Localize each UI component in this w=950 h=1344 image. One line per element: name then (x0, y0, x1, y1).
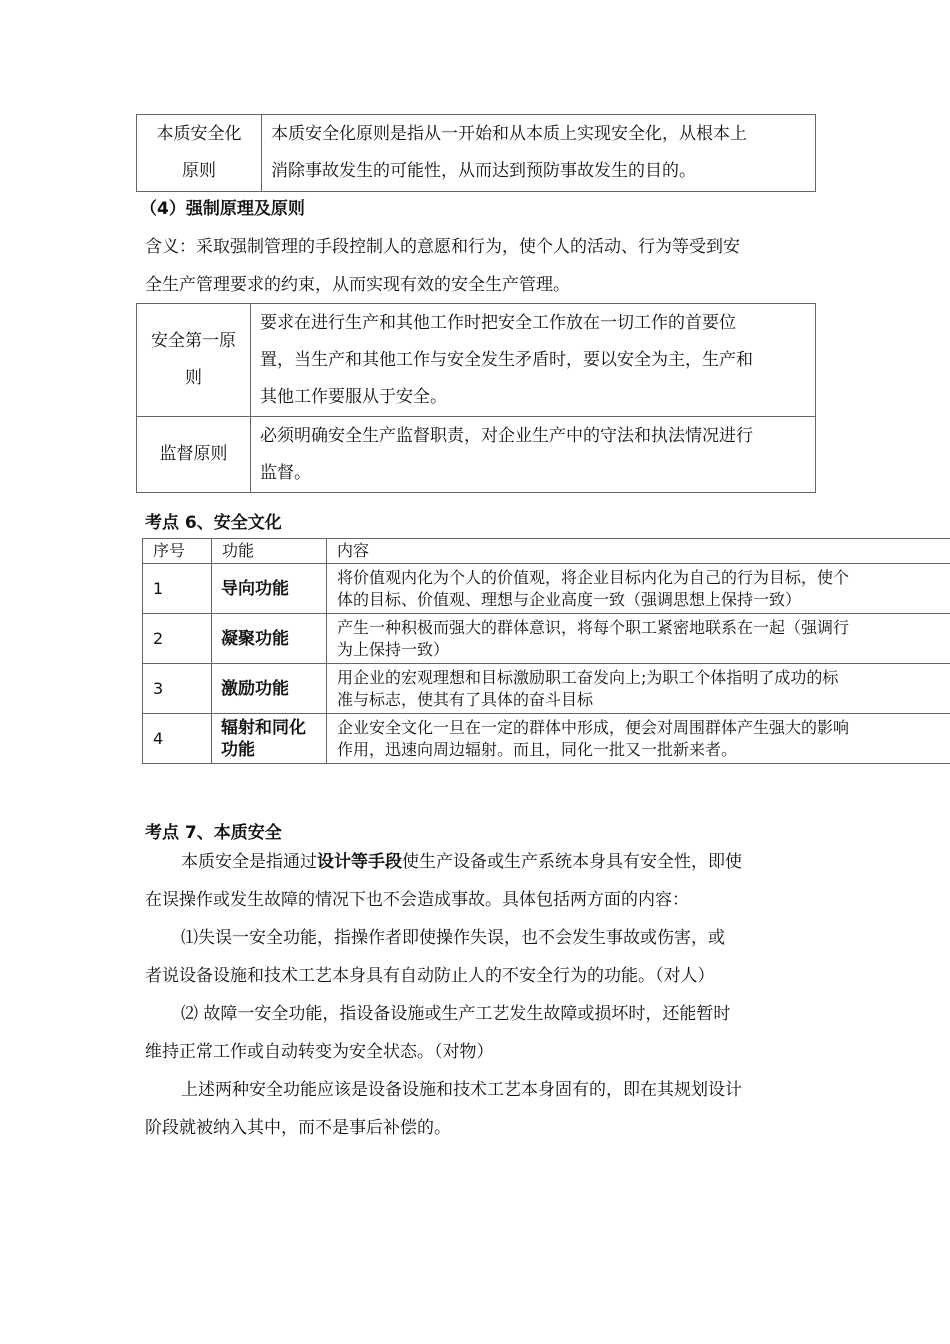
paragraph-line: 含义：采取强制管理的手段控制人的意愿和行为，使个人的活动、行为等受到安 (145, 228, 817, 266)
content-line: 作用，迅速向周边辐射。而且，同化一批又一批新来者。 (337, 739, 950, 761)
table-row: 本质安全化 原则 本质安全化原则是指从一开始和从本质上实现安全化，从根本上 消除… (137, 115, 816, 192)
table-row: 监督原则 必须明确安全生产监督职责，对企业生产中的守法和执法情况进行 监督。 (137, 417, 816, 493)
paragraph-line: 上述两种安全功能应该是设备设施和技术工艺本身固有的，即在其规划设计 (145, 1071, 817, 1109)
paragraph-line: 全生产管理要求的约束，从而实现有效的安全生产管理。 (145, 266, 817, 304)
column-header: 内容 (327, 539, 950, 564)
content-line: 体的目标、价值观、理想与企业高度一致（强调思想上保持一致） (337, 589, 950, 611)
paragraph-line: 阶段就被纳入其中，而不是事后补偿的。 (145, 1109, 817, 1147)
paragraph-line: 在误操作或发生故障的情况下也不会造成事故。具体包括两方面的内容： (145, 881, 817, 919)
function-cell: 激励功能 (212, 664, 327, 714)
content-line: 用企业的宏观理想和目标激励职工奋发向上;为职工个体指明了成功的标 (337, 667, 950, 689)
column-header: 序号 (143, 539, 212, 564)
function-line: 激励功能 (221, 678, 326, 700)
label-line: 原则 (137, 153, 261, 190)
function-line: 导向功能 (221, 578, 326, 600)
intrinsic-safety-table: 本质安全化 原则 本质安全化原则是指从一开始和从本质上实现安全化，从根本上 消除… (136, 114, 816, 192)
principle-content-cell: 本质安全化原则是指从一开始和从本质上实现安全化，从根本上 消除事故发生的可能性，… (262, 115, 816, 192)
label-line: 本质安全化 (137, 116, 261, 153)
content-line: 监督。 (260, 455, 811, 492)
content-line: 为上保持一致） (337, 639, 950, 661)
row-number: 4 (143, 714, 212, 764)
label-line: 监督原则 (137, 436, 250, 473)
function-cell: 导向功能 (212, 564, 327, 614)
section-heading: （4）强制原理及原则 (140, 194, 305, 219)
intrinsic-safety-body: 本质安全是指通过设计等手段使生产设备或生产系统本身具有安全性，即使 在误操作或发… (145, 843, 817, 1147)
paragraph-line: ⑴失误一安全功能，指操作者即使操作失误，也不会发生事故或伤害，或 (145, 919, 817, 957)
table-header-row: 序号 功能 内容 (143, 539, 950, 564)
content-line: 置，当生产和其他工作与安全发生矛盾时，要以安全为主，生产和 (260, 342, 811, 379)
label-line: 安全第一原 (137, 323, 250, 360)
content-line: 必须明确安全生产监督职责，对企业生产中的守法和执法情况进行 (260, 418, 811, 455)
content-cell: 产生一种积极而强大的群体意识，将每个职工紧密地联系在一起（强调行 为上保持一致） (327, 614, 950, 664)
function-cell: 凝聚功能 (212, 614, 327, 664)
column-header: 功能 (212, 539, 327, 564)
content-line: 企业安全文化一旦在一定的群体中形成，便会对周围群体产生强大的影响 (337, 717, 950, 739)
content-line: 本质安全化原则是指从一开始和从本质上实现安全化，从根本上 (271, 116, 811, 153)
content-line: 将价值观内化为个人的价值观，将企业目标内化为自己的行为目标，使个 (337, 567, 950, 589)
coercion-principles-table: 安全第一原 则 要求在进行生产和其他工作时把安全工作放在一切工作的首要位 置，当… (136, 303, 816, 493)
paragraph-line: ⑵ 故障一安全功能，指设备设施或生产工艺发生故障或损坏时，还能暂时 (145, 995, 817, 1033)
table-row: 2 凝聚功能 产生一种积极而强大的群体意识，将每个职工紧密地联系在一起（强调行 … (143, 614, 950, 664)
table-row: 4 辐射和同化 功能 企业安全文化一旦在一定的群体中形成，便会对周围群体产生强大… (143, 714, 950, 764)
paragraph-line: 维持正常工作或自动转变为安全状态。（对物） (145, 1033, 817, 1071)
text-run: 本质安全是指通过 (181, 852, 317, 872)
row-number: 1 (143, 564, 212, 614)
content-line: 准与标志，使其有了具体的奋斗目标 (337, 689, 950, 711)
row-number: 3 (143, 664, 212, 714)
paragraph-line: 本质安全是指通过设计等手段使生产设备或生产系统本身具有安全性，即使 (145, 843, 817, 881)
principle-label-cell: 监督原则 (137, 417, 251, 493)
function-line: 功能 (221, 739, 326, 761)
table-row: 3 激励功能 用企业的宏观理想和目标激励职工奋发向上;为职工个体指明了成功的标 … (143, 664, 950, 714)
content-cell: 企业安全文化一旦在一定的群体中形成，便会对周围群体产生强大的影响 作用，迅速向周… (327, 714, 950, 764)
text-run: 使生产设备或生产系统本身具有安全性，即使 (402, 852, 742, 872)
content-cell: 将价值观内化为个人的价值观，将企业目标内化为自己的行为目标，使个 体的目标、价值… (327, 564, 950, 614)
content-cell: 用企业的宏观理想和目标激励职工奋发向上;为职工个体指明了成功的标 准与标志，使其… (327, 664, 950, 714)
topic-heading: 考点 7、本质安全 (145, 818, 282, 843)
topic-heading: 考点 6、安全文化 (145, 508, 282, 533)
row-number: 2 (143, 614, 212, 664)
content-line: 要求在进行生产和其他工作时把安全工作放在一切工作的首要位 (260, 305, 811, 342)
table-row: 安全第一原 则 要求在进行生产和其他工作时把安全工作放在一切工作的首要位 置，当… (137, 304, 816, 417)
principle-label-cell: 安全第一原 则 (137, 304, 251, 417)
content-line: 其他工作要服从于安全。 (260, 379, 811, 416)
content-line: 产生一种积极而强大的群体意识，将每个职工紧密地联系在一起（强调行 (337, 617, 950, 639)
paragraph-line: 者说设备设施和技术工艺本身具有自动防止人的不安全行为的功能。（对人） (145, 957, 817, 995)
emphasis-text: 设计等手段 (317, 852, 402, 872)
function-line: 凝聚功能 (221, 628, 326, 650)
safety-culture-table: 序号 功能 内容 1 导向功能 将价值观内化为个人的价值观，将企业目标内化为自己… (142, 538, 950, 764)
meaning-paragraph: 含义：采取强制管理的手段控制人的意愿和行为，使个人的活动、行为等受到安 全生产管… (145, 228, 817, 304)
principle-content-cell: 必须明确安全生产监督职责，对企业生产中的守法和执法情况进行 监督。 (251, 417, 816, 493)
principle-content-cell: 要求在进行生产和其他工作时把安全工作放在一切工作的首要位 置，当生产和其他工作与… (251, 304, 816, 417)
table-row: 1 导向功能 将价值观内化为个人的价值观，将企业目标内化为自己的行为目标，使个 … (143, 564, 950, 614)
principle-label-cell: 本质安全化 原则 (137, 115, 262, 192)
content-line: 消除事故发生的可能性，从而达到预防事故发生的目的。 (271, 153, 811, 190)
function-cell: 辐射和同化 功能 (212, 714, 327, 764)
function-line: 辐射和同化 (221, 717, 326, 739)
label-line: 则 (137, 360, 250, 397)
